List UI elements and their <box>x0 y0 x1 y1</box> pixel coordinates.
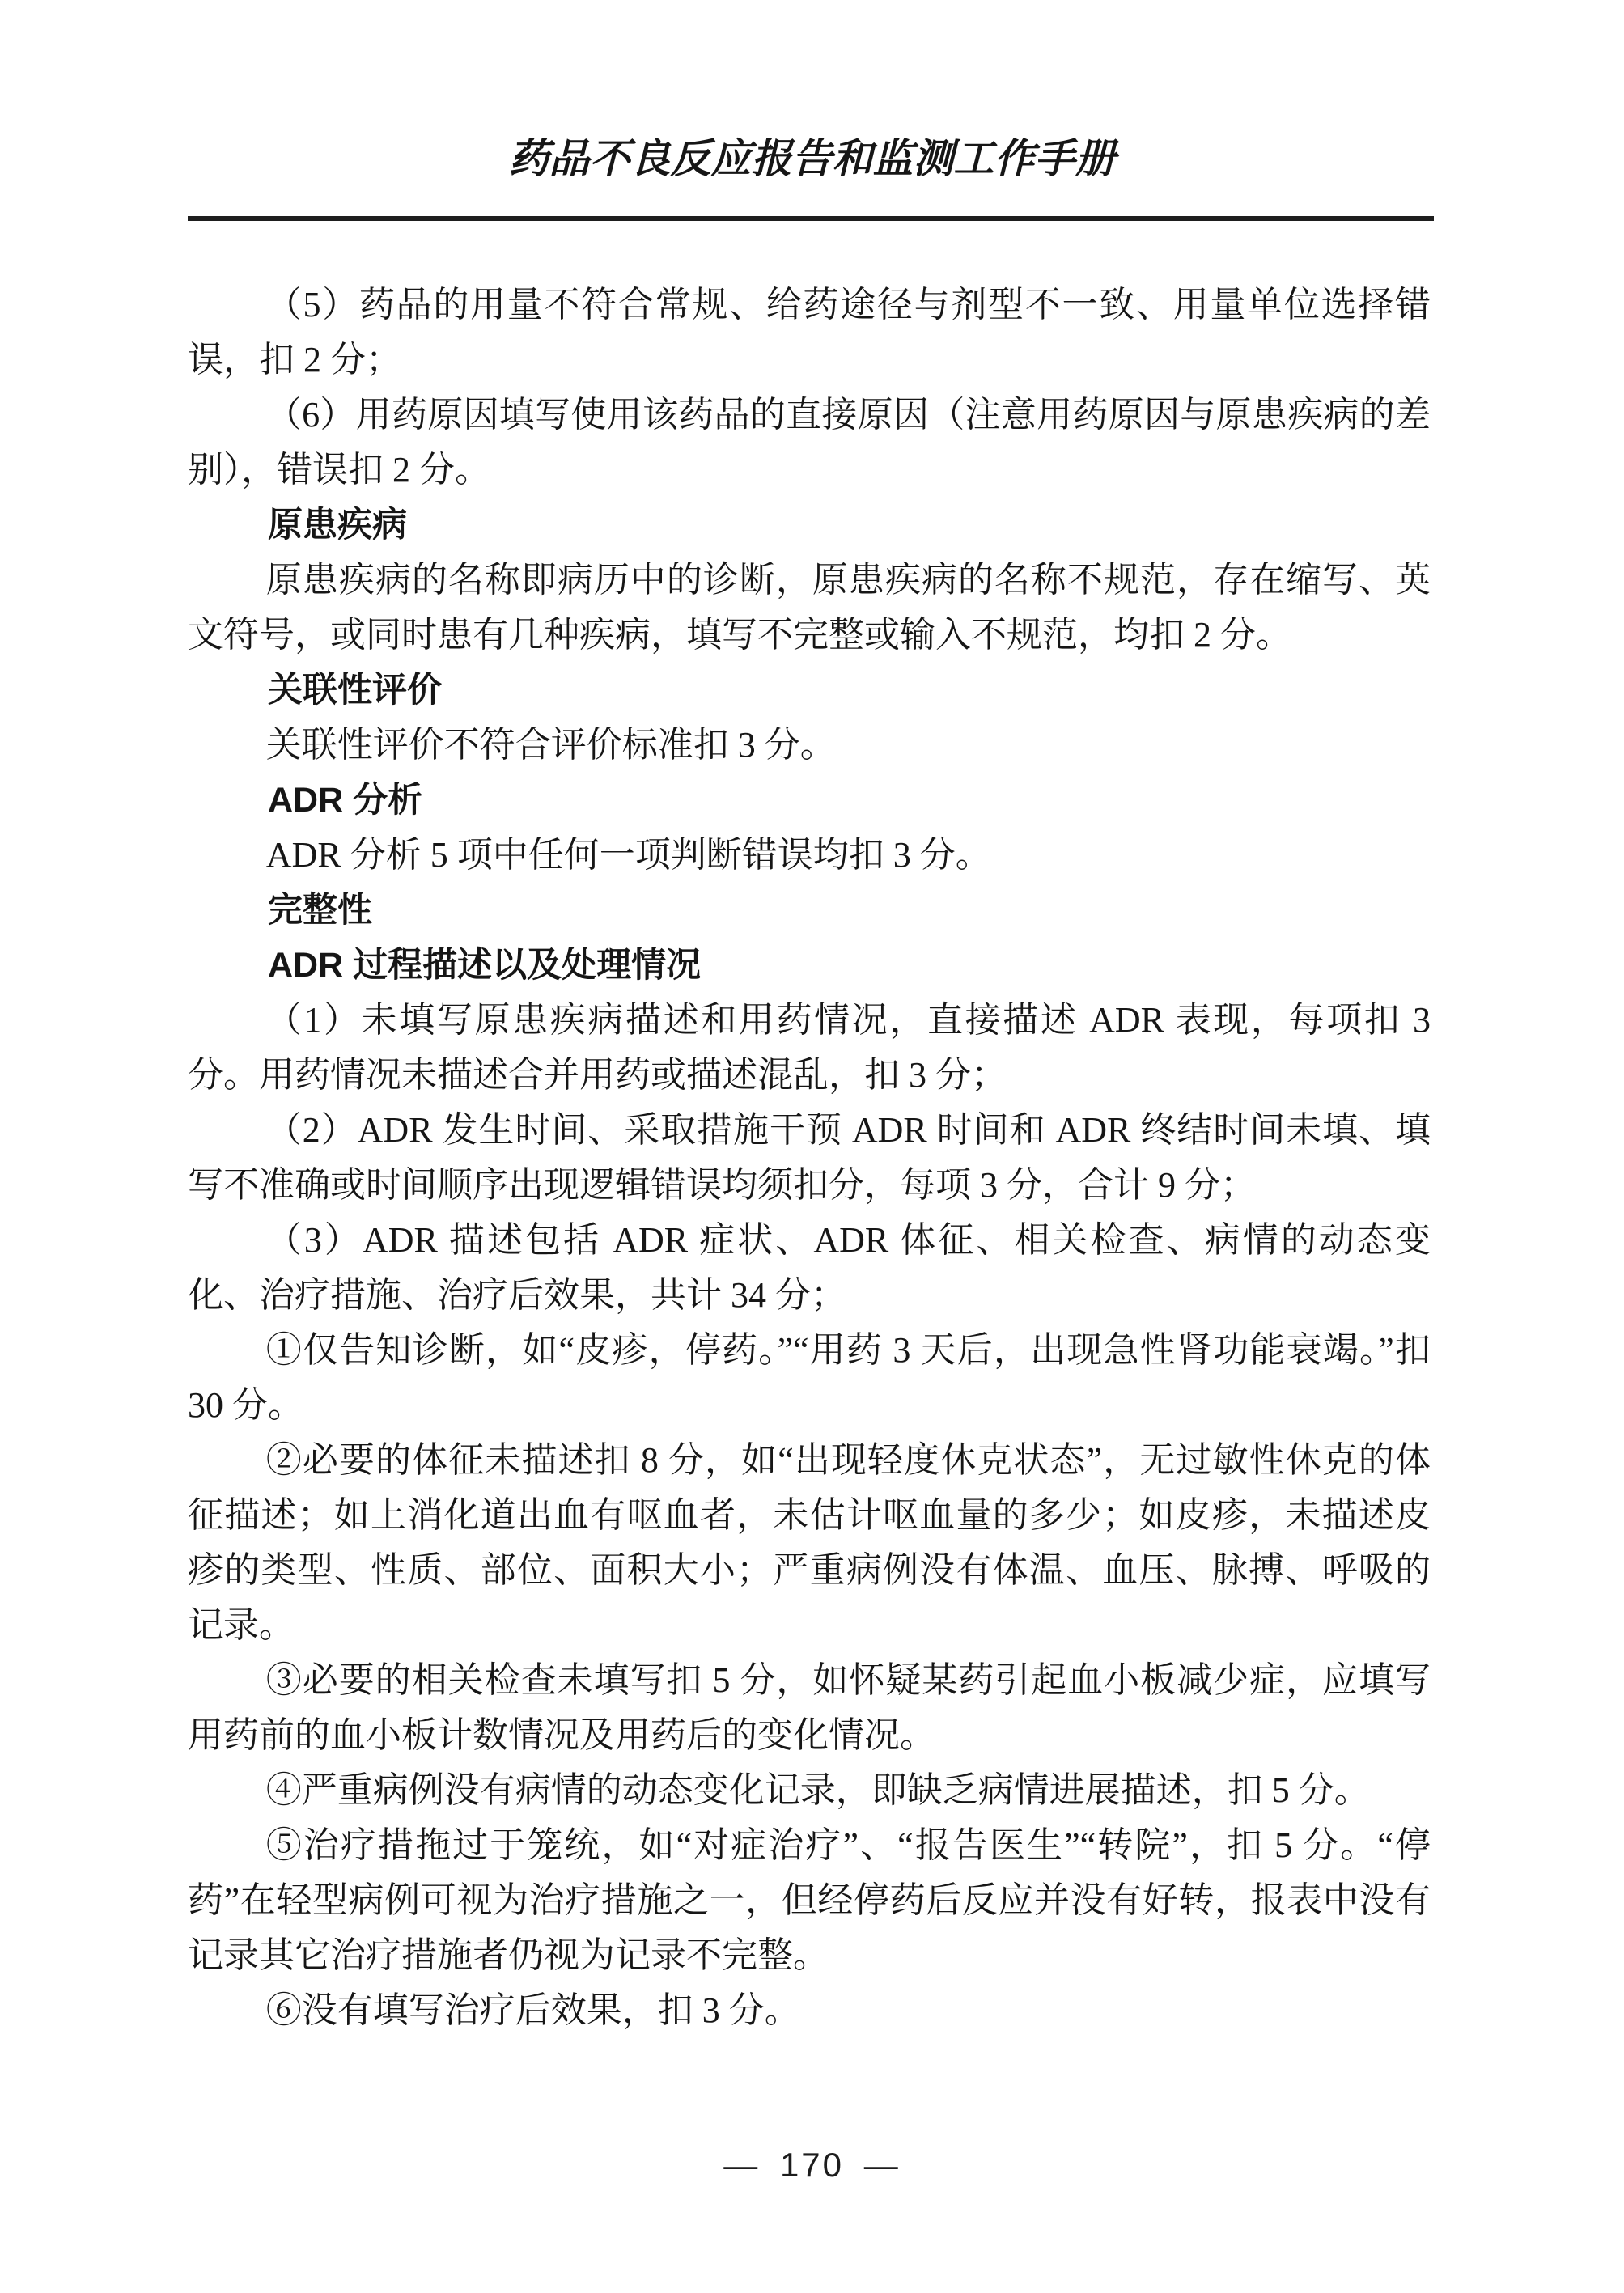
heading-correlation-evaluation: 关联性评价 <box>188 663 1431 718</box>
paragraph-circled-6: ⑥没有填写治疗后效果，扣 3 分。 <box>188 1983 1431 2038</box>
paragraph-item-3: （3）ADR 描述包括 ADR 症状、ADR 体征、相关检查、病情的动态变化、治… <box>188 1213 1431 1323</box>
heading-completeness: 完整性 <box>188 883 1431 938</box>
paragraph-circled-3: ③必要的相关检查未填写扣 5 分，如怀疑某药引起血小板减少症，应填写用药前的血小… <box>188 1653 1431 1763</box>
paragraph-circled-5: ⑤治疗措拖过于笼统，如“对症治疗”、“报告医生”“转院”，扣 5 分。“停药”在… <box>188 1818 1431 1983</box>
paragraph-correlation-evaluation: 关联性评价不符合评价标准扣 3 分。 <box>188 718 1431 773</box>
heading-adr-process-description: ADR 过程描述以及处理情况 <box>188 938 1431 993</box>
paragraph-item-2: （2）ADR 发生时间、采取措施干预 ADR 时间和 ADR 终结时间未填、填写… <box>188 1103 1431 1213</box>
paragraph-original-disease: 原患疾病的名称即病历中的诊断，原患疾病的名称不规范，存在缩写、英文符号，或同时患… <box>188 553 1431 663</box>
paragraph-item-1: （1）未填写原患疾病描述和用药情况，直接描述 ADR 表现，每项扣 3 分。用药… <box>188 993 1431 1103</box>
header-rule <box>188 216 1434 221</box>
paragraph-item-6: （6）用药原因填写使用该药品的直接原因（注意用药原因与原患疾病的差别），错误扣 … <box>188 388 1431 498</box>
page-title: 药品不良反应报告和监测工作手册 <box>0 134 1624 183</box>
page-number: — 170 — <box>0 2144 1624 2186</box>
heading-original-disease: 原患疾病 <box>188 498 1431 553</box>
paragraph-item-5: （5）药品的用量不符合常规、给药途径与剂型不一致、用量单位选择错误，扣 2 分； <box>188 278 1431 388</box>
heading-adr-analysis: ADR 分析 <box>188 773 1431 828</box>
paragraph-adr-analysis: ADR 分析 5 项中任何一项判断错误均扣 3 分。 <box>188 828 1431 883</box>
paragraph-circled-2: ②必要的体征未描述扣 8 分，如“出现轻度休克状态”，无过敏性休克的体征描述；如… <box>188 1433 1431 1653</box>
page-content: （5）药品的用量不符合常规、给药途径与剂型不一致、用量单位选择错误，扣 2 分；… <box>188 278 1431 2038</box>
paragraph-circled-1: ①仅告知诊断，如“皮疹，停药。”“用药 3 天后，出现急性肾功能衰竭。”扣 30… <box>188 1323 1431 1433</box>
paragraph-circled-4: ④严重病例没有病情的动态变化记录，即缺乏病情进展描述，扣 5 分。 <box>188 1763 1431 1818</box>
